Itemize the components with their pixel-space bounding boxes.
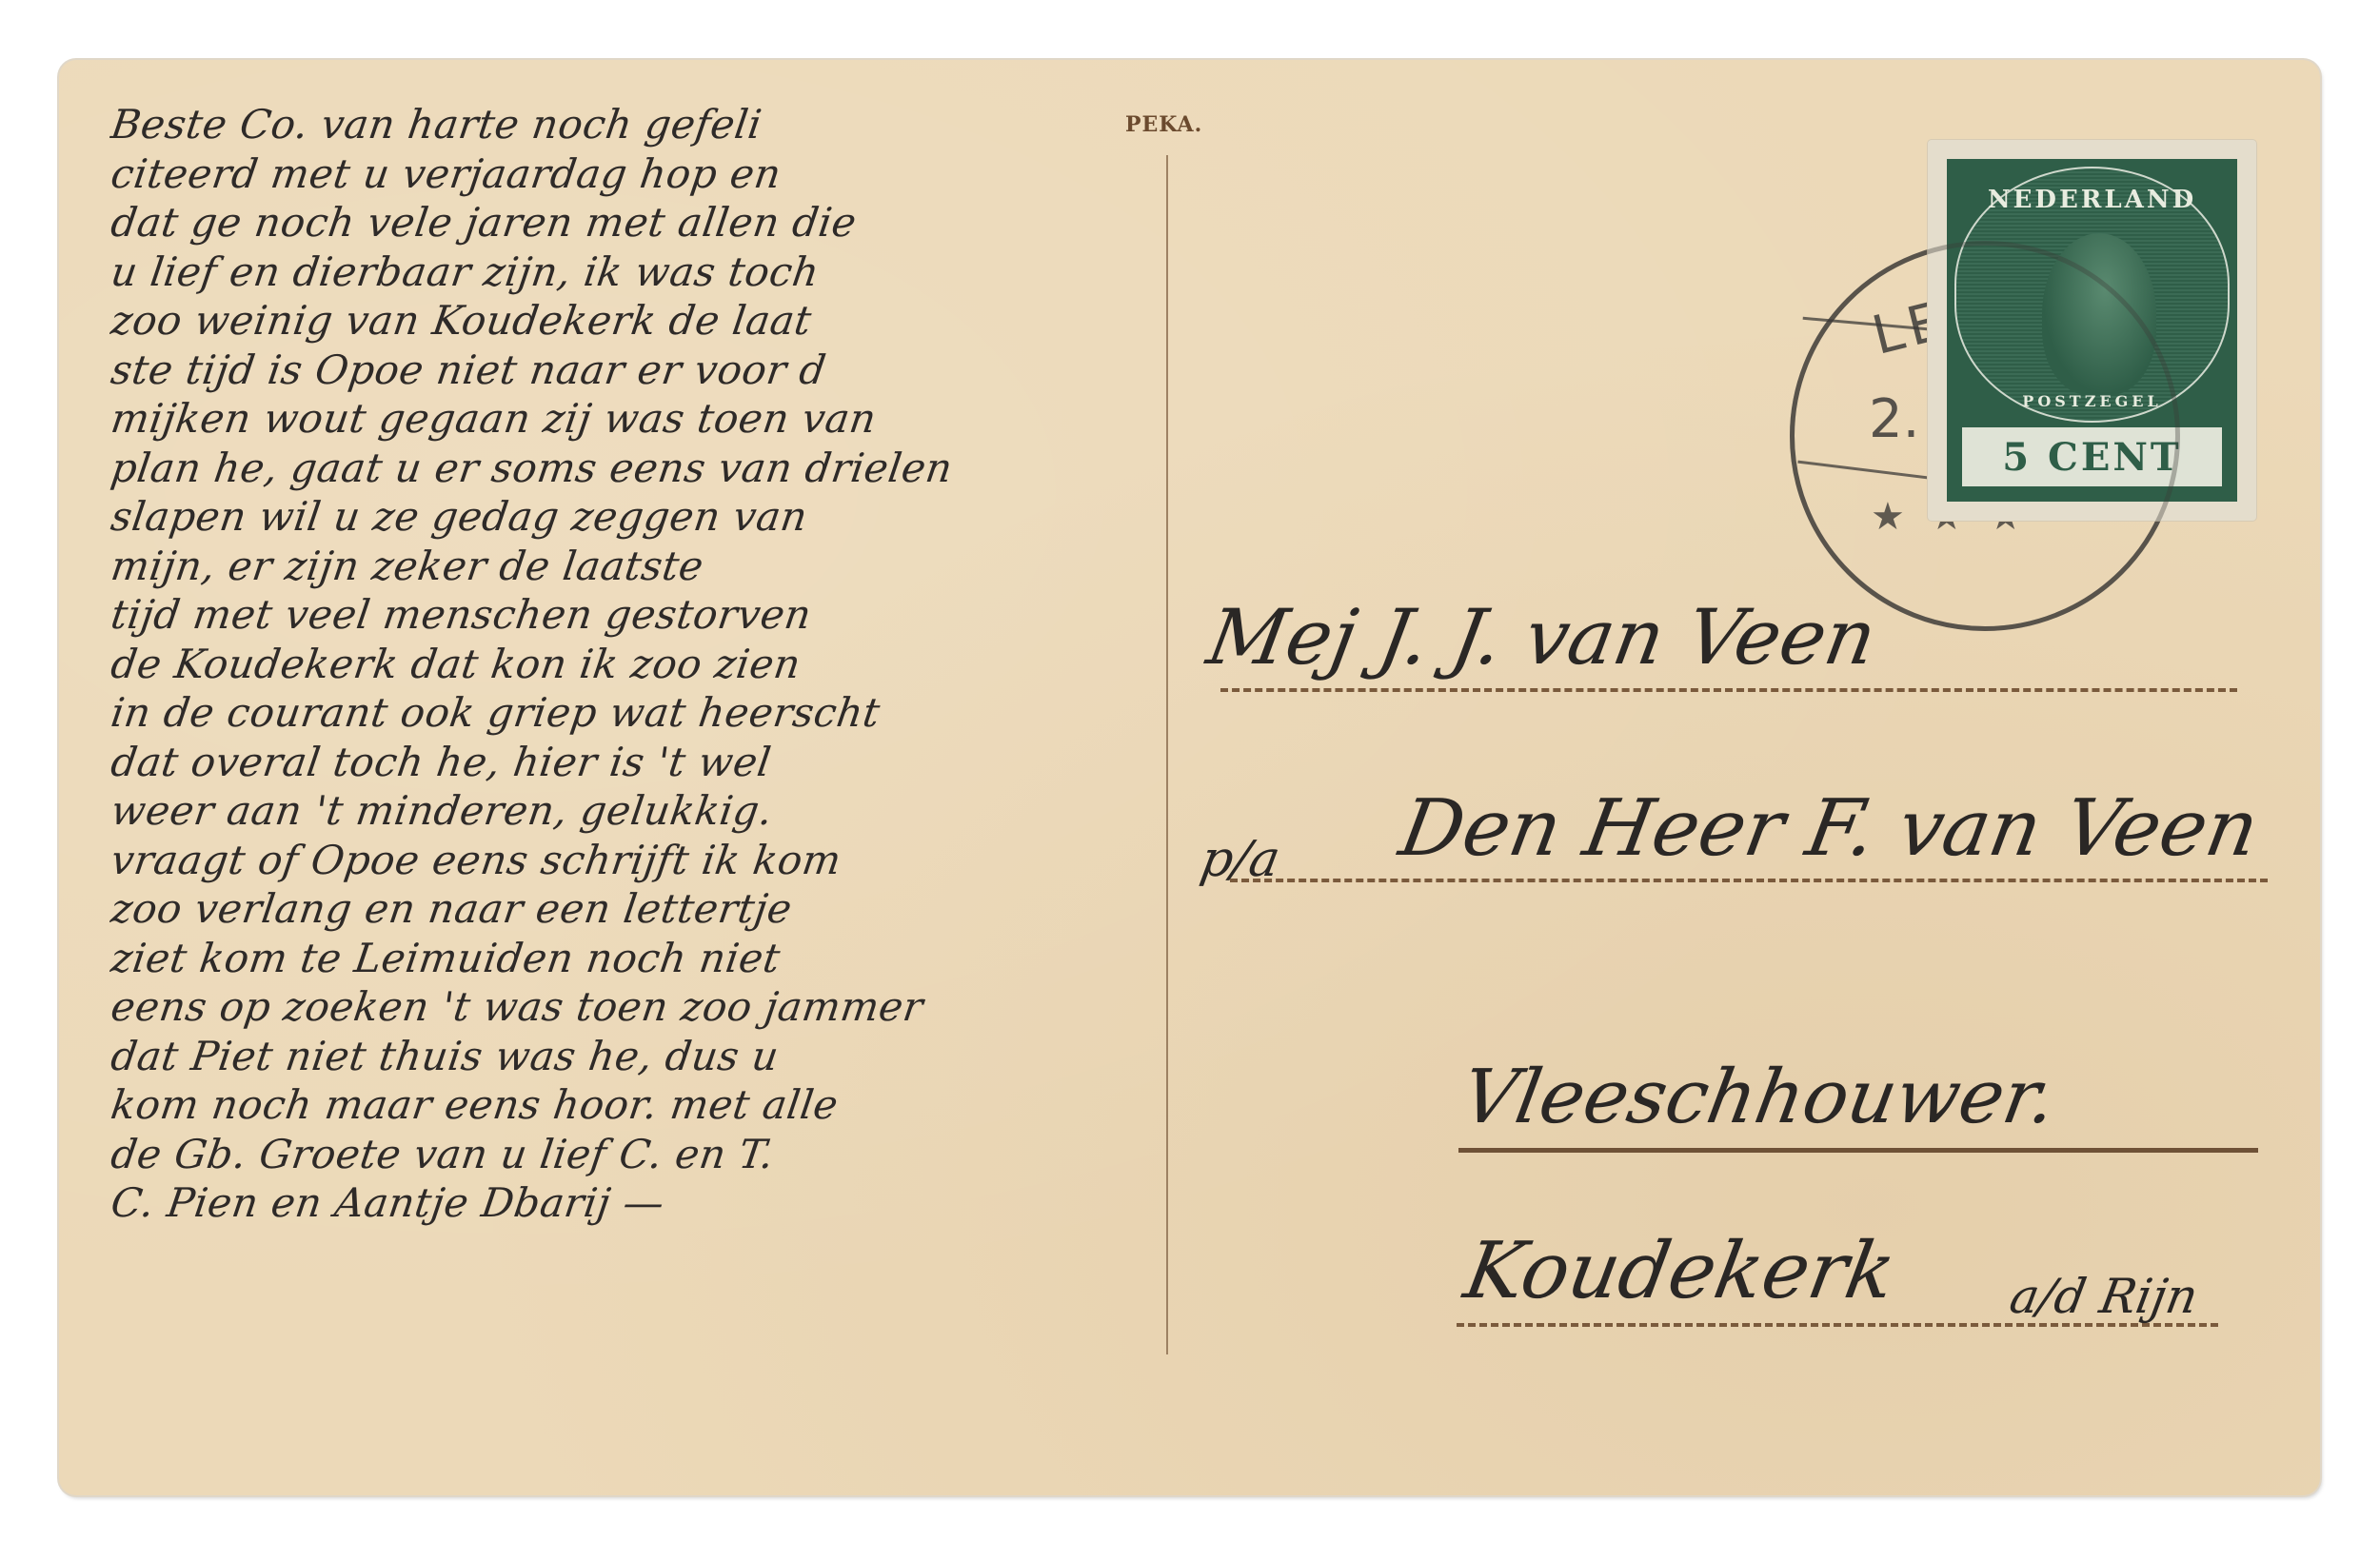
stamp-value-box: 5 CENT [1960, 425, 2224, 488]
message-line: mijken wout gegaan zij was toen van [108, 394, 1180, 444]
message-line: dat ge noch vele jaren met allen die [108, 198, 1180, 247]
message-line: de Koudekerk dat kon ik zoo zien [108, 640, 1180, 689]
message-line: citeerd met u verjaardag hop en [108, 149, 1180, 199]
message-line: plan he, gaat u er soms eens van drielen [108, 444, 1180, 493]
address-line-3: Vleeschhouwer. [1456, 1055, 2062, 1140]
stamp-value: 5 CENT [2002, 435, 2181, 480]
message-line: ziet kom te Leimuiden noch niet [108, 934, 1180, 983]
address-line-1: Mej J. J. van Veen [1201, 593, 1883, 682]
message-line: ste tijd is Opoe niet naar er voor d [108, 346, 1180, 395]
postage-stamp: NEDERLAND POSTZEGEL 5 CENT [1928, 140, 2256, 521]
stamp-medallion: NEDERLAND POSTZEGEL [1954, 167, 2230, 423]
message-line: u lief en dierbaar zijn, ik was toch [108, 247, 1180, 297]
message-line: kom noch maar eens hoor. met alle [108, 1080, 1180, 1130]
handwritten-message: Beste Co. van harte noch gefeli citeerd … [111, 100, 1178, 1228]
address-rule-2 [1230, 879, 2268, 882]
message-line: dat Piet niet thuis was he, dus u [108, 1032, 1180, 1081]
message-line: vraagt of Opoe eens schrijft ik kom [108, 836, 1180, 885]
address-line-2: Den Heer F. van Veen [1394, 783, 2266, 874]
address-rule-1 [1220, 688, 2237, 692]
postcard: PEKA. Beste Co. van harte noch gefeli ci… [59, 60, 2320, 1495]
message-line: Beste Co. van harte noch gefeli [108, 100, 1180, 149]
stamp-label: POSTZEGEL [1956, 392, 2228, 410]
message-line: eens op zoeken 't was toen zoo jammer [108, 982, 1180, 1032]
message-line: slapen wil u ze gedag zeggen van [108, 492, 1180, 542]
address-rule-3 [1458, 1148, 2258, 1153]
stamp-frame: NEDERLAND POSTZEGEL 5 CENT [1947, 159, 2237, 502]
message-line: de Gb. Groete van u lief C. en T. [108, 1130, 1180, 1179]
message-line: weer aan 't minderen, gelukkig. [108, 786, 1180, 836]
address-suffix: a/d Rijn [2006, 1269, 2202, 1324]
message-line: mijn, er zijn zeker de laatste [108, 542, 1180, 591]
message-line: in de courant ook griep wat heerscht [108, 688, 1180, 738]
message-line: C. Pien en Aantje Dbarij — [108, 1178, 1180, 1228]
message-line: dat overal toch he, hier is 't wel [108, 738, 1180, 787]
message-line: tijd met veel menschen gestorven [108, 590, 1180, 640]
message-line: zoo verlang en naar een lettertje [108, 884, 1180, 934]
address-line-4: Koudekerk [1458, 1226, 1902, 1316]
stamp-country: NEDERLAND [1956, 186, 2228, 214]
queen-portrait-icon [2042, 233, 2156, 395]
message-line: zoo weinig van Koudekerk de laat [108, 296, 1180, 346]
